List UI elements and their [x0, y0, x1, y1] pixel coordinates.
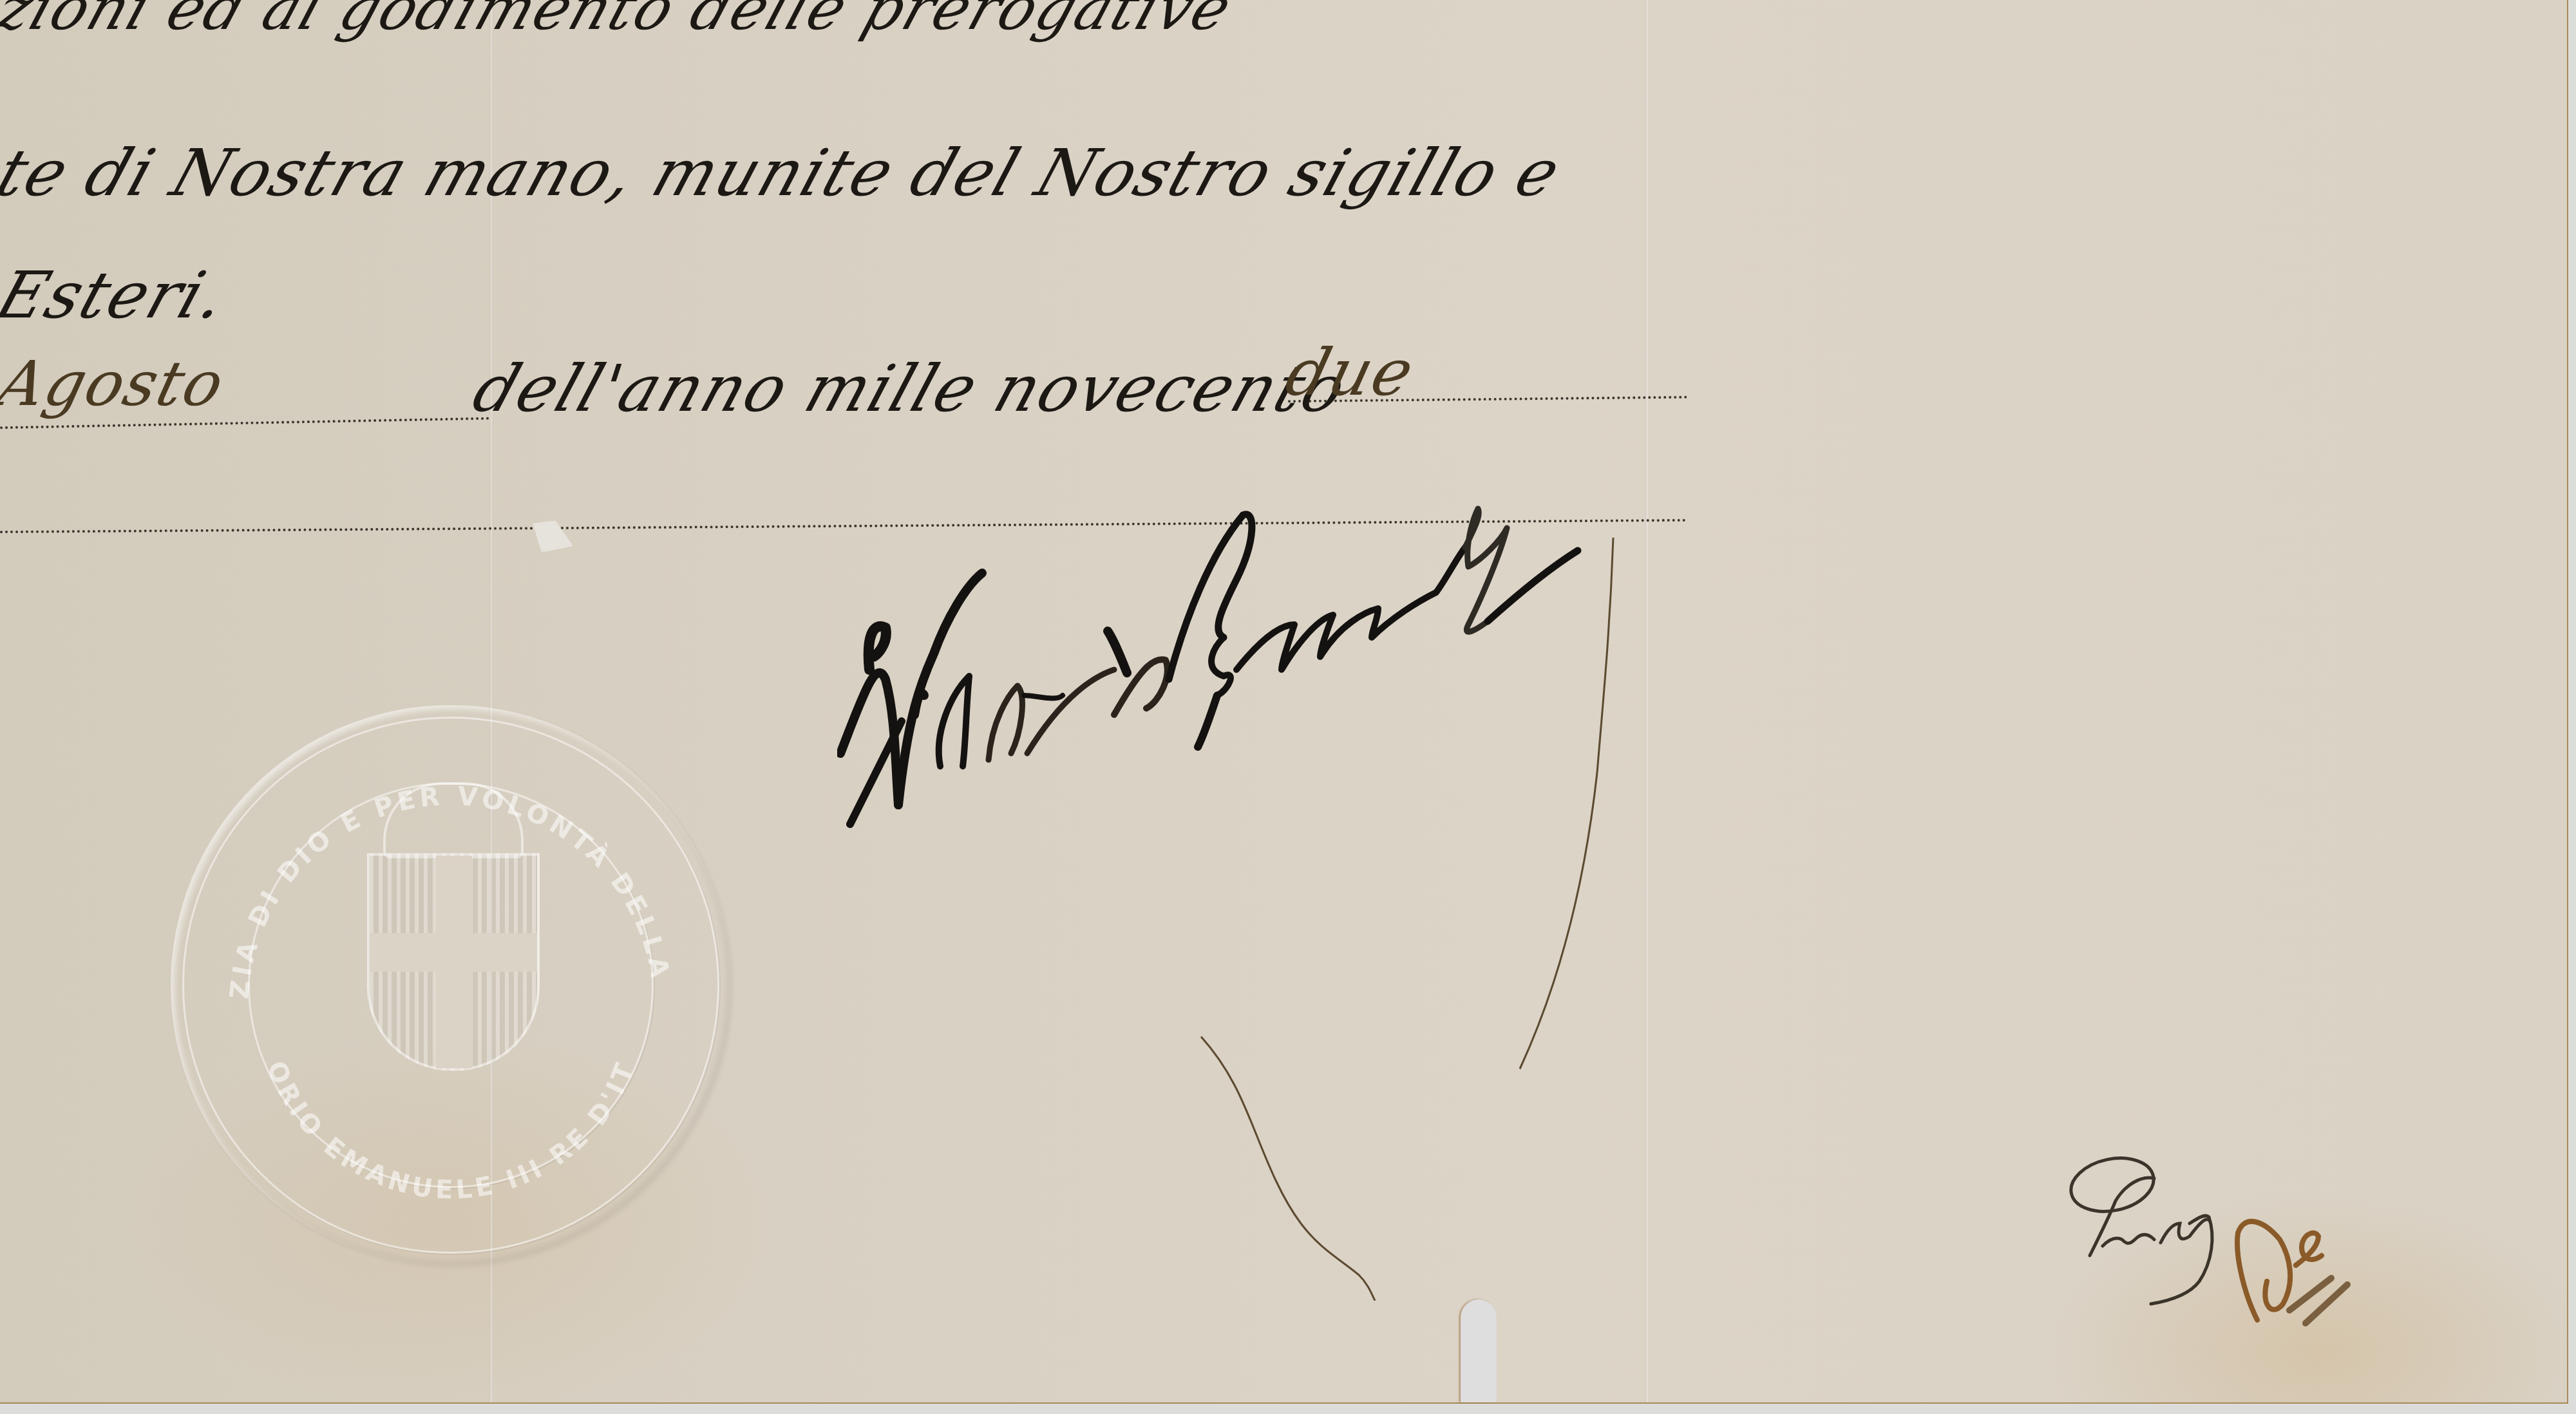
paper-tear [1461, 1299, 1497, 1402]
text-line-2: te di Nostra mano, munite del Nostro sig… [0, 135, 1570, 211]
countersignature-text: Prinetti [2099, 1251, 2103, 1253]
document-page: zioni ed al godimento delle prerogative … [0, 0, 2568, 1404]
year-handwritten: due [1278, 335, 1422, 410]
royal-signature [837, 502, 2512, 1114]
text-line-3: Esteri. [0, 258, 237, 333]
shield-cross-icon [367, 853, 540, 1071]
text-line-1: zioni ed al godimento delle prerogative [0, 0, 1241, 43]
paper-nick [528, 520, 573, 552]
year-printed: dell'anno mille novecento [464, 351, 1356, 426]
embossed-seal: PER GRAZIA DI DIO E PER VOLONTÀ DELLA NA… [171, 705, 731, 1265]
month-handwritten: Agosto [0, 348, 232, 420]
tear-crack [1159, 1030, 1674, 1301]
countersignatures: Prinetti [2061, 1127, 2576, 1414]
